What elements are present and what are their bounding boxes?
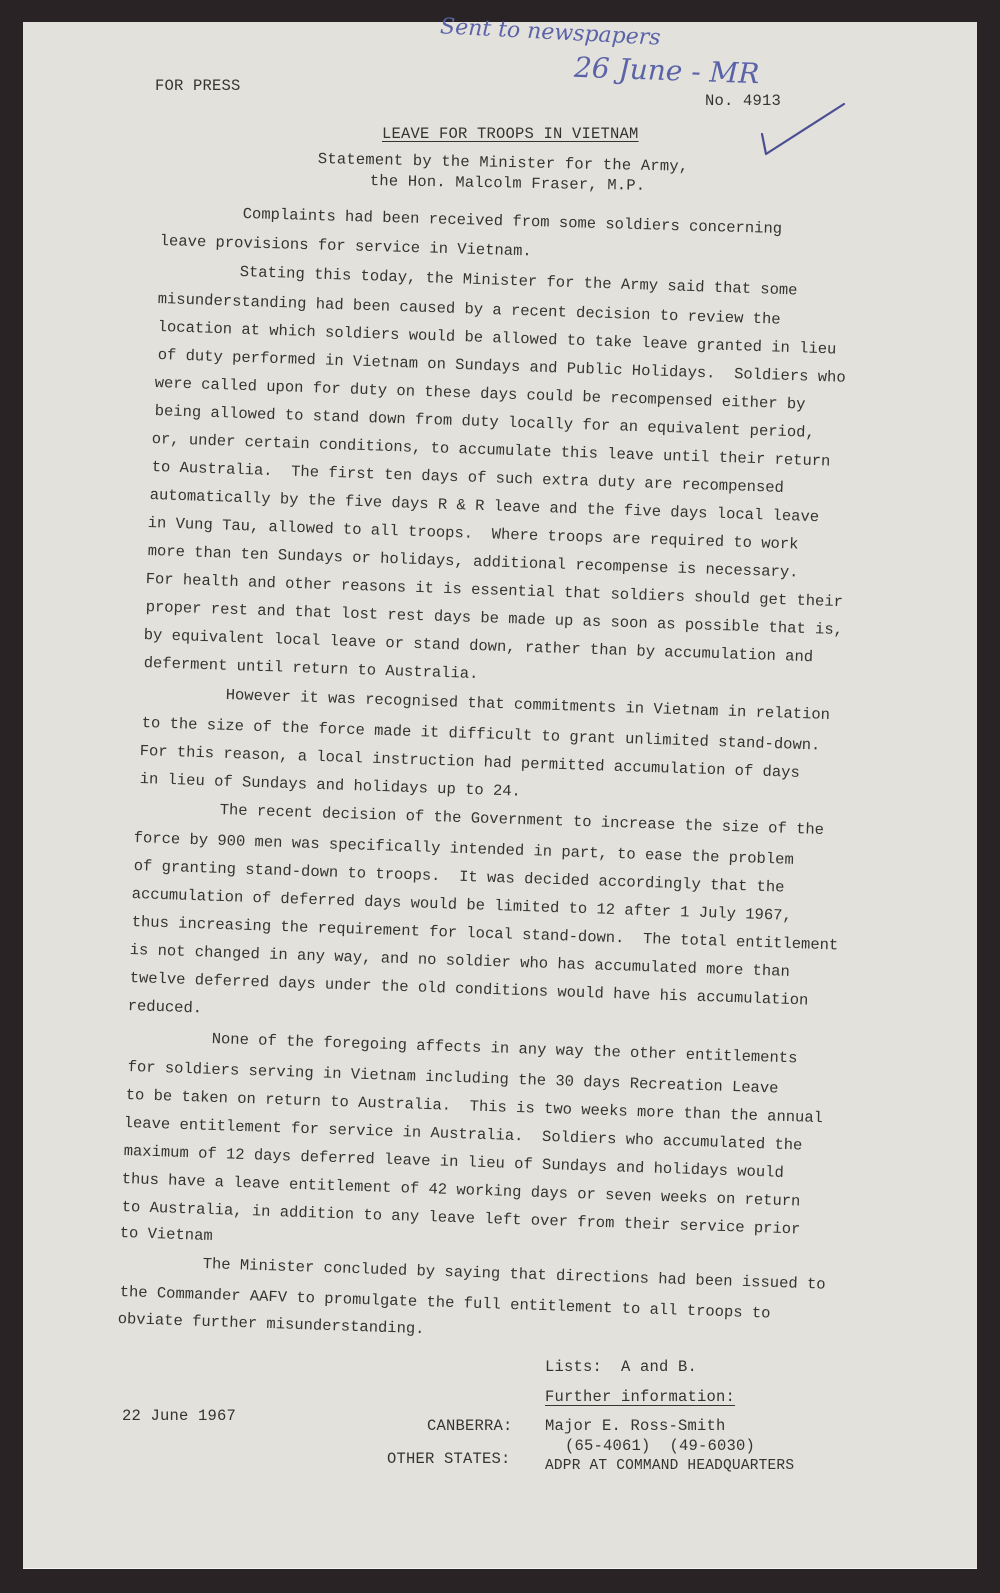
other-states-label: OTHER STATES:: [387, 1450, 511, 1468]
body-text-line: to Vietnam: [119, 1224, 213, 1245]
page-title: LEAVE FOR TROOPS IN VIETNAM: [382, 125, 639, 143]
checkmark-icon: [760, 102, 850, 162]
canberra-contact: Major E. Ross-Smith: [545, 1417, 726, 1435]
other-states-contact: ADPR AT COMMAND HEADQUARTERS: [545, 1458, 794, 1474]
distribution-lists: Lists: A and B.: [545, 1358, 697, 1376]
further-information-heading: Further information:: [545, 1388, 735, 1406]
for-press-label: FOR PRESS: [155, 77, 241, 95]
handwritten-note-date-initials: 26 June - MR: [573, 51, 759, 90]
release-number: No. 4913: [705, 92, 781, 110]
canberra-label: CANBERRA:: [427, 1417, 513, 1435]
release-date: 22 June 1967: [122, 1407, 236, 1425]
body-text-line: reduced.: [127, 997, 202, 1017]
contact-phone-numbers: (65-4061) (49-6030): [565, 1437, 755, 1455]
